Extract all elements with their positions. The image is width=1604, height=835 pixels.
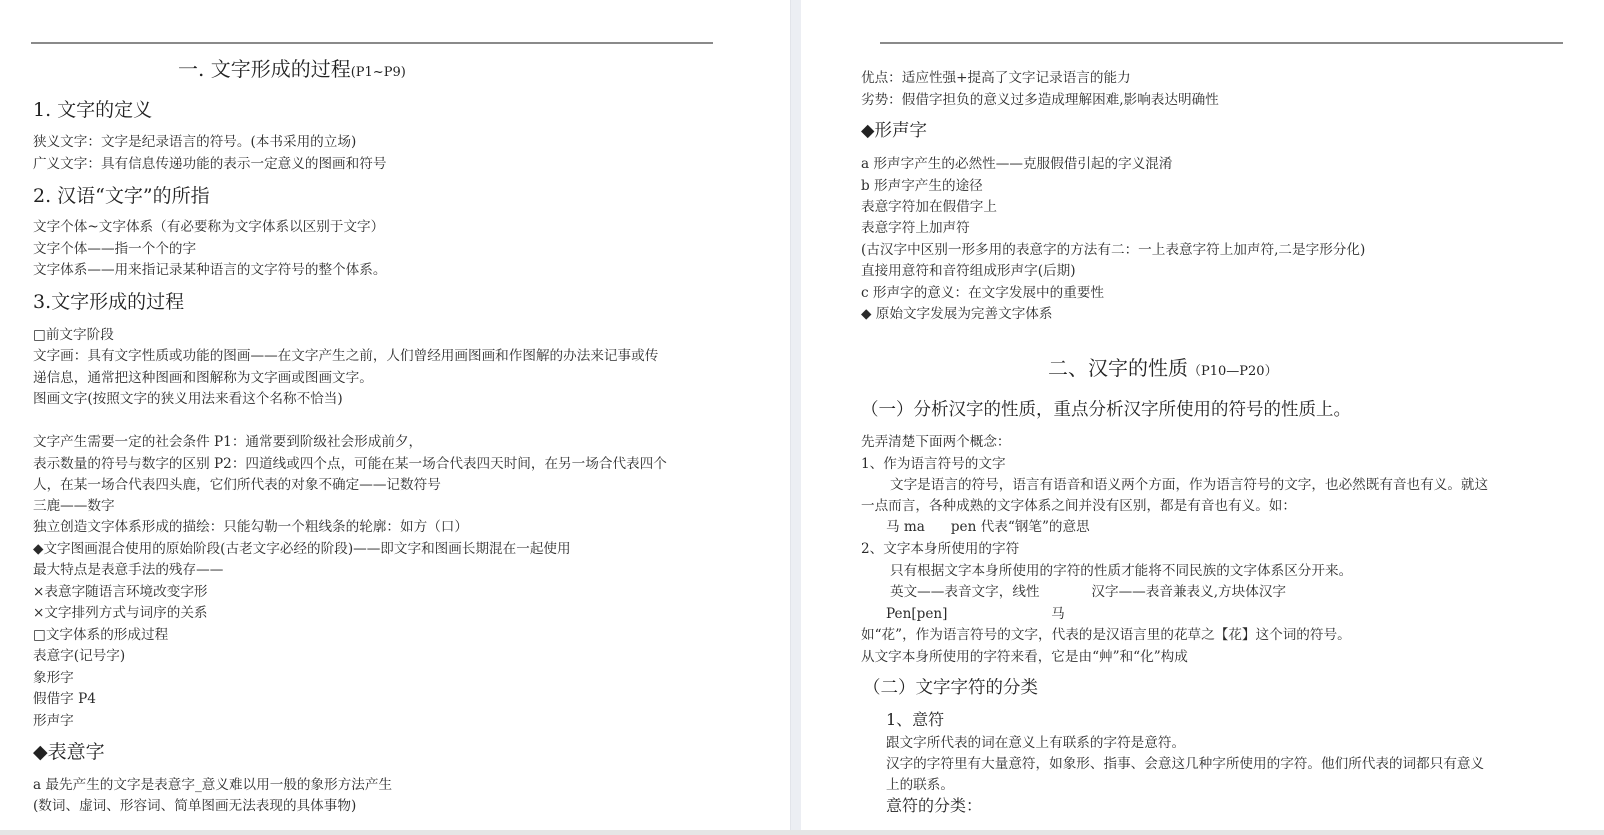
- text-line: 文字体系——用来指记录某种语言的文字符号的整个体系。: [33, 261, 386, 279]
- text-line: 表意字(记号字): [33, 647, 125, 665]
- text-line: 只有根据文字本身所使用的字符的性质才能将不同民族的文字体系区分开来。: [890, 562, 1352, 580]
- section-heading: ◆形声字: [861, 120, 927, 142]
- text-line: □文字体系的形成过程: [33, 626, 168, 644]
- header-rule: [880, 42, 1563, 44]
- text-line: ◆文字图画混合使用的原始阶段(古老文字必经的阶段)——即文字和图画长期混在一起使…: [33, 540, 571, 558]
- text-line: 文字个体——指一个个的字: [33, 240, 196, 258]
- text-line: 文字画：具有文字性质或功能的图画——在文字产生之前，人们曾经用画图画和作图解的办…: [33, 347, 658, 365]
- text-line: 文字产生需要一定的社会条件 P1：通常要到阶级社会形成前夕，: [33, 433, 422, 451]
- text-line: 2、文字本身所使用的字符: [861, 540, 1019, 558]
- text-line: b 形声字产生的途径: [861, 177, 983, 195]
- text-line: 表意字符上加声符: [861, 219, 970, 237]
- text-line: 形声字: [33, 712, 74, 730]
- section-heading: 3.文字形成的过程: [33, 290, 184, 314]
- text-line: a 最先产生的文字是表意字_意义难以用一般的象形方法产生: [33, 776, 392, 794]
- section-heading: 1. 文字的定义: [33, 98, 152, 122]
- text-line: 表示数量的符号与数字的区别 P2：四道线或四个点，可能在某一场合代表四天时间，在…: [33, 455, 667, 473]
- text-line: □前文字阶段: [33, 326, 114, 344]
- sub-heading: 意符的分类：: [886, 796, 982, 816]
- section-heading: 2. 汉语“文字”的所指: [33, 184, 210, 208]
- text-line: (数词、虚词、形容词、简单图画无法表现的具体事物): [33, 797, 356, 815]
- text-line: 直接用意符和音符组成形声字(后期): [861, 262, 1076, 280]
- text-line: 独立创造文字体系形成的描绘：只能勾勒一个粗线条的轮廓：如方（口）: [33, 518, 468, 536]
- text-line: (古汉字中区别一形多用的表意字的方法有二：一上表意字符上加声符,二是字形分化): [861, 241, 1365, 259]
- chapter-title-text: 一. 文字形成的过程: [178, 57, 351, 81]
- header-rule: [31, 42, 713, 44]
- text-line: Pen[pen] 马: [886, 605, 1065, 623]
- text-line: 三鹿——数字: [33, 497, 115, 515]
- text-line: 如“花”，作为语言符号的文字，代表的是汉语言里的花草之【花】这个词的符号。: [861, 626, 1351, 644]
- part-heading: （二）文字字符的分类: [863, 677, 1038, 699]
- document-viewer[interactable]: 一. 文字形成的过程(P1~P9) 1. 文字的定义 狭义文字：文字是纪录语言的…: [0, 0, 1604, 835]
- text-line: 假借字 P4: [33, 690, 96, 708]
- text-line: 一点而言，各种成熟的文字体系之间并没有区别，都是有音也有义。如：: [861, 497, 1296, 515]
- text-line: 文字个体~文字体系（有必要称为文字体系以区别于文字）: [33, 218, 384, 236]
- text-line: 汉字的字符里有大量意符，如象形、指事、会意这几种字所使用的字符。他们所代表的词都…: [886, 755, 1484, 773]
- text-line: 表意字符加在假借字上: [861, 198, 997, 216]
- page-right: 优点：适应性强+提高了文字记录语言的能力 劣势：假借字担负的意义过多造成理解困难…: [801, 0, 1604, 835]
- text-line: 图画文字(按照文字的狭义用法来看这个名称不恰当): [33, 390, 343, 408]
- chapter-page-range: (P1~P9): [351, 65, 406, 80]
- text-line: 人，在某一场合代表四头鹿，它们所代表的对象不确定——记数符号: [33, 476, 441, 494]
- text-line: 1、作为语言符号的文字: [861, 455, 1006, 473]
- text-line: ×文字排列方式与词序的关系: [33, 604, 208, 622]
- text-line: 递信息，通常把这种图画和图解称为文字画或图画文字。: [33, 369, 373, 387]
- sub-heading: 1、意符: [886, 710, 944, 730]
- chapter-title-text: 二、汉字的性质: [1048, 356, 1188, 380]
- page-left: 一. 文字形成的过程(P1~P9) 1. 文字的定义 狭义文字：文字是纪录语言的…: [0, 0, 790, 835]
- text-line: 马 ma pen 代表“钢笔”的意思: [886, 518, 1090, 536]
- chapter-title-1: 一. 文字形成的过程(P1~P9): [178, 56, 406, 86]
- text-line: 广义文字：具有信息传递功能的表示一定意义的图画和符号: [33, 155, 386, 173]
- text-line: ◆ 原始文字发展为完善文字体系: [861, 305, 1053, 323]
- part-heading: （一）分析汉字的性质，重点分析汉字所使用的符号的性质上。: [861, 399, 1351, 421]
- text-line: 狭义文字：文字是纪录语言的符号。(本书采用的立场): [33, 133, 356, 151]
- text-line: 跟文字所代表的词在意义上有联系的字符是意符。: [886, 734, 1185, 752]
- text-line: a 形声字产生的必然性——克服假借引起的字义混淆: [861, 155, 1173, 173]
- text-line: 英文——表音文字，线性 汉字——表音兼表义,方块体汉字: [890, 583, 1286, 601]
- text-line: c 形声字的意义：在文字发展中的重要性: [861, 284, 1104, 302]
- text-line: 文字是语言的符号，语言有语音和语义两个方面，作为语言符号的文字，也必然既有音也有…: [890, 476, 1488, 494]
- text-line: 象形字: [33, 669, 74, 687]
- text-line: 最大特点是表意手法的残存——: [33, 561, 223, 579]
- chapter-title-2: 二、汉字的性质（P10—P20）: [1048, 355, 1278, 385]
- text-line: ×表意字随语言环境改变字形: [33, 583, 208, 601]
- text-line: 优点：适应性强+提高了文字记录语言的能力: [861, 69, 1131, 87]
- text-line: 从文字本身所使用的字符来看，它是由“艸”和“化”构成: [861, 648, 1188, 666]
- text-line: 先弄清楚下面两个概念：: [861, 433, 1011, 451]
- text-line: 上的联系。: [886, 776, 954, 794]
- viewer-bottom-edge: [0, 830, 1604, 835]
- chapter-page-range: （P10—P20）: [1188, 364, 1278, 379]
- section-heading: ◆表意字: [33, 740, 105, 764]
- text-line: 劣势：假借字担负的意义过多造成理解困难,影响表达明确性: [861, 91, 1219, 109]
